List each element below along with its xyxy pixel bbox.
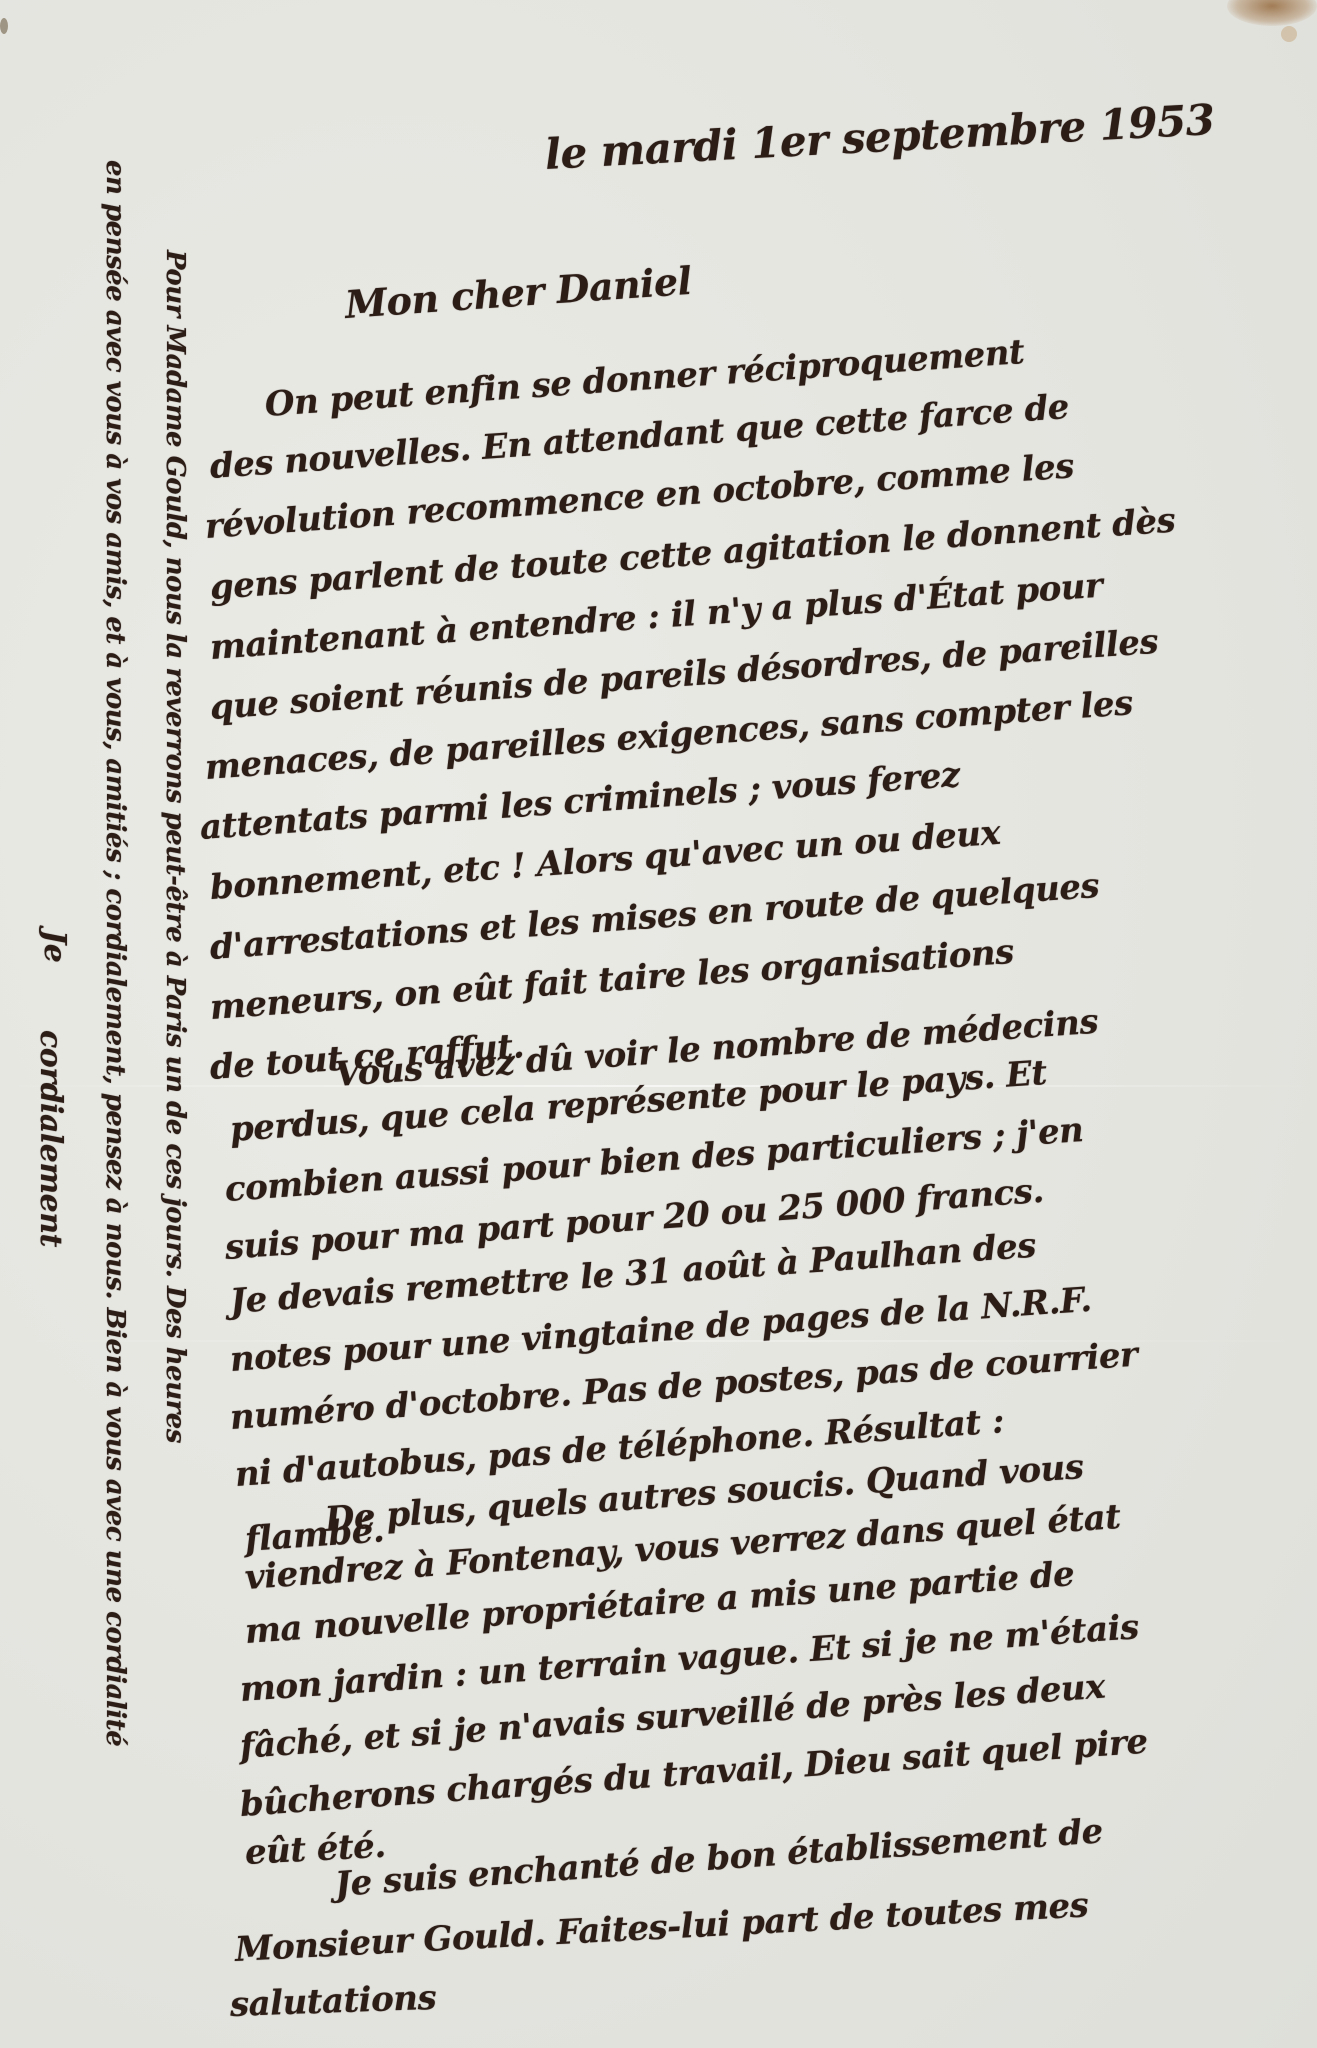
ink-stain bbox=[0, 18, 8, 34]
body-line: salutations bbox=[229, 1978, 436, 2025]
margin-note-line: Je bbox=[37, 930, 72, 962]
ink-stain bbox=[1227, 0, 1317, 26]
letter-paper: le mardi 1er septembre 1953 Mon cher Dan… bbox=[0, 0, 1317, 2048]
letter-date: le mardi 1er septembre 1953 bbox=[544, 95, 1216, 179]
letter-salutation: Mon cher Daniel bbox=[343, 258, 693, 327]
margin-note-line: en pensée avec vous à vos amis, et à vou… bbox=[100, 160, 130, 1746]
ink-stain bbox=[1281, 26, 1297, 42]
margin-signature: cordialement bbox=[33, 1030, 68, 1247]
margin-note-line: Pour Madame Gould, nous la reverrons peu… bbox=[160, 250, 190, 1443]
